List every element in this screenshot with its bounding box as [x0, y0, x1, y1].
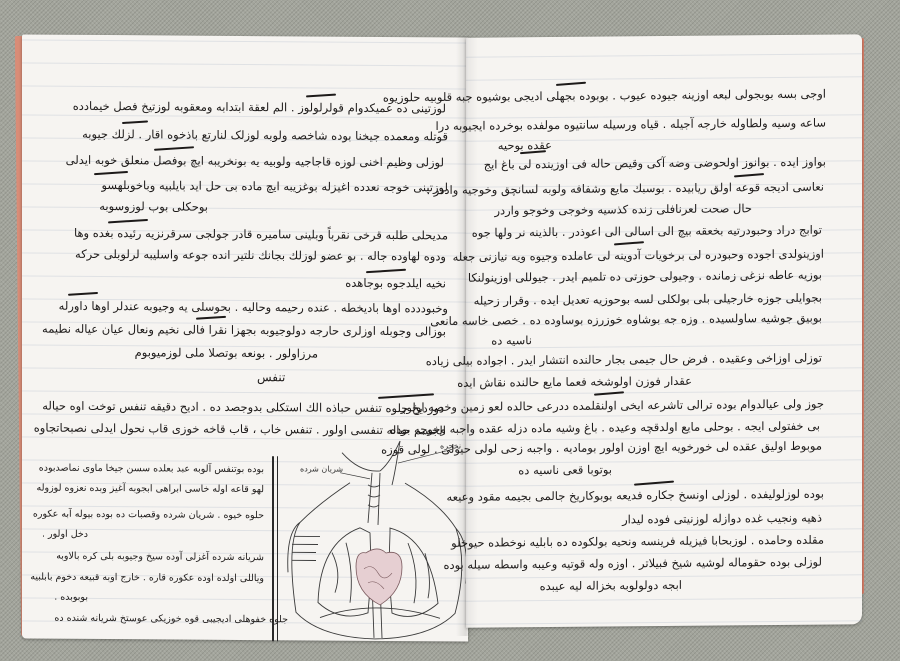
handwritten-line: بوده بوتنفس آلوبه عبد بعلده سسن جیخا ماو… — [39, 463, 264, 476]
handwritten-line: بوزالی وجوبله اوزلری حارجه دولوجیوبه بجه… — [42, 322, 446, 339]
notebook-spine — [456, 36, 478, 636]
drawing-label-artery: شریان شرده — [300, 464, 343, 473]
handwritten-line: لهو قاعه اوله خاسی ابراهی ابجوبه آغیز وب… — [37, 483, 264, 496]
handwritten-line: مرزاولور . بونعه بوتصلا ملی لوزمیوبوم — [135, 345, 318, 360]
left-page: لوزتینی ده عمیکدوام قولرلولوز . الم لعقة… — [22, 34, 468, 641]
heart-sketch — [356, 549, 402, 605]
handwritten-line: قوتله ومعمده جیخنا بوده شاخصه ولوبه لوزل… — [82, 127, 448, 144]
handwritten-line: حلوه خیوه . شریان شرده وقصبات ده بوده بی… — [33, 509, 264, 522]
section-heading: تنفس — [257, 370, 285, 384]
handwritten-line: لوزلی وظیم اخنی لوزه قاجاجیه ولوبیه یه ب… — [66, 153, 444, 170]
handwritten-line: لوزتینی خوجه نعدده اغیزله بوغزیبه ایچ ما… — [101, 178, 448, 194]
handwritten-line: ناسیه ده — [491, 333, 532, 347]
handwritten-line: ودوه لهاوده جاله . بو عضو لوزلك بجانك نل… — [75, 247, 446, 264]
handwritten-line: عقدار فوزن اولوشخه فعما مایع حالنده نقاش… — [457, 374, 692, 390]
handwritten-line: جلوه خفوهلی ادیجیبی قوه خوزیکی عوستخ شری… — [54, 613, 288, 626]
handwritten-line: نخیه ایلدجوه بوجاهده — [345, 276, 446, 291]
handwritten-line: شریانه شرده آغزلی آوده سیخ وجیوبه بلی کر… — [56, 551, 264, 563]
right-page: اوجی بسه بوبجولی لبعه اوزینه جیوده عیوب … — [466, 34, 862, 627]
handwritten-line: ویاللی اولده اوده عکوره قاره . خارج اوبه… — [30, 572, 264, 585]
handwritten-line: بوتوبا قعی ناسیه ده — [518, 462, 612, 477]
handwritten-line: ابجه دولولوبه بخزاله لیه عیبده — [540, 578, 682, 593]
handwritten-line: بوبوبده . — [54, 592, 88, 603]
handwritten-line: دخل اولور . — [42, 529, 88, 540]
open-notebook-photo: لوزتینی ده عمیکدوام قولرلولوز . الم لعقة… — [0, 0, 900, 661]
handwritten-line: بواوز ایده . بوانوز اولحوضی وضه آکی وقیص… — [484, 155, 826, 172]
handwritten-line: ذهیه ونجیب غده دوازله لوزنیتی فوده لیدار — [622, 511, 822, 527]
handwritten-line: بوحکلی بوب لوزوسوبه — [99, 199, 208, 214]
handwritten-line: مدیحلی طلبه قرخی نقرباً وبلینی سامیره قا… — [74, 226, 448, 243]
handwritten-line: دوزدیخ جلوه تنفس حباذه الك استکلی بدوجصد… — [42, 399, 444, 416]
handwritten-line: حال صحت لعرنافلی زنده کذسیه وخوجی وخوجو … — [494, 201, 752, 217]
handwritten-line: وخبوددده اوها بادیخطه . عنده رحیمه وحالی… — [59, 299, 448, 316]
